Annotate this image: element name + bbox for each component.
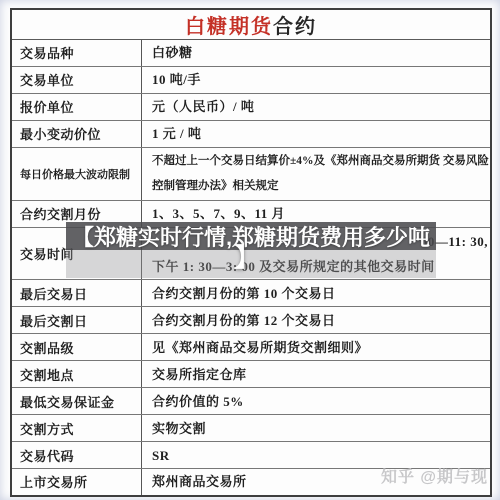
table-row: 报价单位 元（人民币）/ 吨 [12,94,490,121]
table-row: 最后交易日 合约交割月份的第 10 个交易日 [12,280,490,307]
row-value: 实物交割 [142,415,490,441]
table-row: 交易单位 10 吨/手 [12,67,490,94]
row-value-line: 白砂糖 [152,40,486,65]
table-title: 白糖期货合约 [12,10,490,40]
row-value: 交易所指定仓库 [142,361,490,387]
row-value-line: 10 吨/手 [152,67,486,92]
row-value: 不超过上一个交易日结算价±4%及《郑州商品交易所期货 交易风险控制管理办法》相关… [142,148,493,200]
row-label: 交割方式 [12,415,142,441]
row-label: 交易代码 [12,442,142,468]
row-value-line: 交易所指定仓库 [152,362,486,387]
table-row: 交割品级 见《郑州商品交易所期货交割细则》 [12,334,490,361]
table-row: 最后交割日 合约交割月份的第 12 个交易日 [12,307,490,334]
row-label: 交易品种 [12,40,142,66]
row-label: 报价单位 [12,94,142,120]
row-value-line: 合约价值的 5% [152,389,486,414]
row-label: 交易单位 [12,67,142,93]
row-value: 合约交割月份的第 12 个交易日 [142,307,490,333]
row-label: 上市交易所 [12,469,142,495]
row-label: 交割品级 [12,334,142,360]
table-row: 每日价格最大波动限制 不超过上一个交易日结算价±4%及《郑州商品交易所期货 交易… [12,148,490,201]
table-row: 交易品种 白砂糖 [12,40,490,67]
row-value: 1 元 / 吨 [142,121,490,147]
overlay-closing-bracket: 】 [234,244,259,272]
table-row: 最小变动价位 1 元 / 吨 [12,121,490,148]
row-value-line: 实物交割 [152,416,486,441]
row-value-line: 元（人民币）/ 吨 [152,94,486,119]
row-value: 元（人民币）/ 吨 [142,94,490,120]
row-value: 合约价值的 5% [142,388,490,414]
table-row: 交割方式 实物交割 [12,415,490,442]
row-value-line: 合约交割月份的第 10 个交易日 [152,281,486,306]
row-value: 合约交割月份的第 10 个交易日 [142,280,490,306]
row-value: 白砂糖 [142,40,490,66]
row-value: 10 吨/手 [142,67,490,93]
row-label: 最小变动价位 [12,121,142,147]
row-value-line: 控制管理办法》相关规定 [152,174,489,199]
row-value-line: 合约交割月份的第 12 个交易日 [152,308,486,333]
row-label: 交割地点 [12,361,142,387]
table-row: 交割地点 交易所指定仓库 [12,361,490,388]
row-label: 每日价格最大波动限制 [12,148,142,200]
table-row: 最低交易保证金 合约价值的 5% [12,388,490,415]
row-label: 最低交易保证金 [12,388,142,414]
row-value: 见《郑州商品交易所期货交割细则》 [142,334,490,360]
title-rest: 合约 [273,10,317,39]
title-highlight: 白糖期货 [185,10,273,39]
row-value-line: 1 元 / 吨 [152,121,486,146]
row-value-line: 见《郑州商品交易所期货交割细则》 [152,335,486,360]
row-label: 最后交割日 [12,307,142,333]
row-label: 最后交易日 [12,280,142,306]
watermark: 知乎 @期与现 [381,464,488,487]
row-value-line: 不超过上一个交易日结算价±4%及《郑州商品交易所期货 交易风险 [152,149,489,174]
screenshot-frame: 白糖期货合约 交易品种 白砂糖 交易单位 10 吨/手 报价单位 元（人民币）/… [0,0,500,500]
